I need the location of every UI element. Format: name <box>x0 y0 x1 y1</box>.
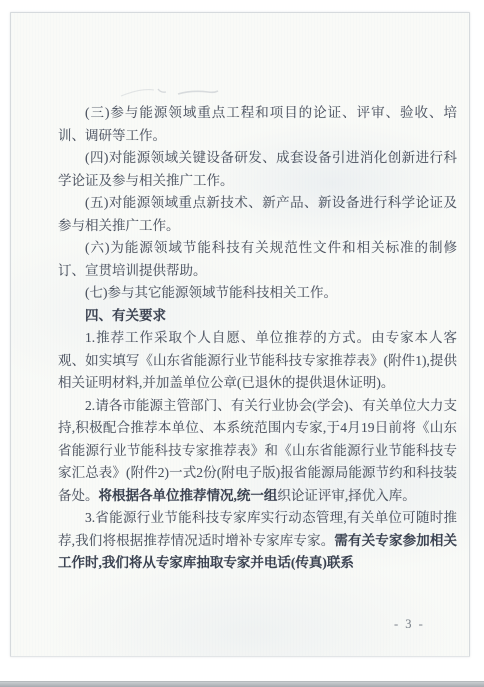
paragraph: (三)参与能源领域重点工程和项目的论证、评审、验收、培训、调研等工作。 <box>58 102 457 147</box>
document-page: (三)参与能源领域重点工程和项目的论证、评审、验收、培训、调研等工作。(四)对能… <box>10 12 470 657</box>
text-segment: (五)对能源领域重点新技术、新产品、新设备进行科学论证及参与相关推广工作。 <box>58 195 457 233</box>
paragraph: (七)参与其它能源领域节能科技相关工作。 <box>58 282 457 305</box>
text-segment: 1.推荐工作采取个人自愿、单位推荐的方式。由专家本人客观、如实填写《山东省能源行… <box>58 330 457 390</box>
scanned-document: (三)参与能源领域重点工程和项目的论证、评审、验收、培训、调研等工作。(四)对能… <box>0 0 484 687</box>
paragraph: (六)为能源领域节能科技有关规范性文件和相关标准的制修订、宣贯培训提供帮助。 <box>58 237 457 282</box>
document-body: (三)参与能源领域重点工程和项目的论证、评审、验收、培训、调研等工作。(四)对能… <box>58 102 457 575</box>
text-segment: (四)对能源领域关键设备研发、成套设备引进消化创新进行科学论证及参与相关推广工作… <box>58 150 457 188</box>
paragraph: 2.请各市能源主管部门、有关行业协会(学会)、有关单位大力支持,积极配合推荐本单… <box>58 395 457 508</box>
emphasized-text-segment: 四、有关要求 <box>85 308 166 323</box>
paragraph: (四)对能源领域关键设备研发、成套设备引进消化创新进行科学论证及参与相关推广工作… <box>58 147 457 192</box>
text-segment: (六)为能源领域节能科技有关规范性文件和相关标准的制修订、宣贯培训提供帮助。 <box>58 240 457 278</box>
paragraph: (五)对能源领域重点新技术、新产品、新设备进行科学论证及参与相关推广工作。 <box>58 192 457 237</box>
emphasized-text-segment: 将根据各单位推荐情况,统一组 <box>99 488 278 503</box>
text-segment: 织论证评审,择优入库。 <box>277 488 415 503</box>
scan-smudge-mark <box>116 68 236 103</box>
paragraph: 3.省能源行业节能科技专家库实行动态管理,有关单位可随时推荐,我们将根据推荐情况… <box>58 507 457 575</box>
paragraph: 1.推荐工作采取个人自愿、单位推荐的方式。由专家本人客观、如实填写《山东省能源行… <box>58 327 457 395</box>
page-number: - 3 - <box>394 617 454 632</box>
text-segment: (三)参与能源领域重点工程和项目的论证、评审、验收、培训、调研等工作。 <box>58 105 457 143</box>
text-segment: (七)参与其它能源领域节能科技相关工作。 <box>85 285 337 300</box>
section-heading: 四、有关要求 <box>58 305 457 328</box>
scan-bottom-edge <box>0 681 484 687</box>
